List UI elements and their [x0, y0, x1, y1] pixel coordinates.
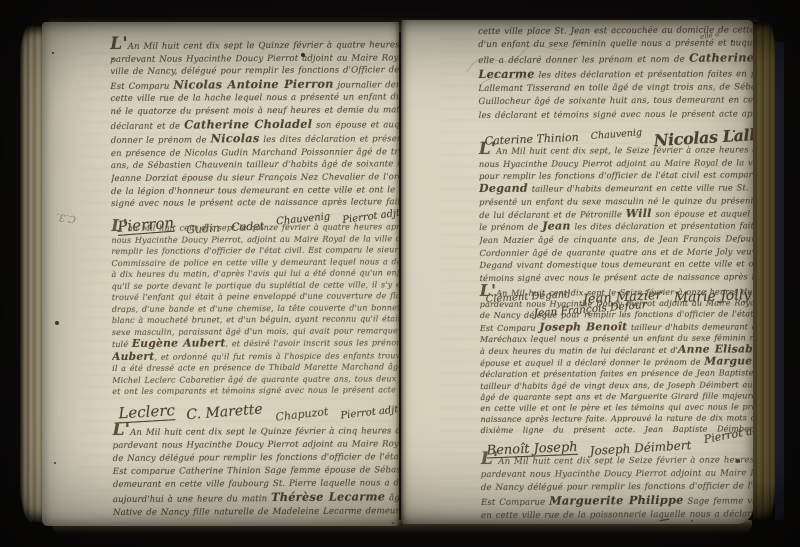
ink-specks: [52, 52, 54, 54]
manuscript-line: Est Comparue Marguerite Philippe Sage fe…: [481, 493, 753, 510]
entry-lines: L'an Mil huit cent dix sept le quinze fé…: [111, 218, 399, 397]
entry-lines: L'An Mil huit cent dix sept le Seize fév…: [480, 283, 753, 436]
entry-lines: L'An Mil huit cent dix sept le Seize fév…: [481, 451, 753, 522]
manuscript-line: Native de Nancy fille naturelle de Madel…: [113, 505, 399, 520]
manuscript-line: en cette ville rue de la poissonnerie la…: [481, 508, 753, 523]
signature: Leclerc: [118, 401, 175, 422]
entry-lines: L'An Mil huit cent dix sept le Quinze fé…: [110, 36, 399, 210]
manuscript-line: aujourd'hui à une heure du matin Thérèse…: [113, 490, 399, 507]
manuscript-line: L'An Mil huit cent dix sept le Seize fév…: [481, 451, 753, 469]
signature-row: LeclercC. MaretteChapuzotPierrot adjt: [112, 401, 399, 421]
signature: Chauvenig: [590, 127, 642, 142]
register-entry: L'an Mil huit cent dix sept le quinze fé…: [111, 218, 399, 420]
register-entry: L'An Mil huit cent dix sept le Seize fév…: [480, 283, 753, 456]
left-page-edges: [20, 26, 43, 522]
entry-lines: cette ville place St. Jean est accouchée…: [478, 24, 753, 123]
book-cover-edge: [775, 42, 784, 520]
manuscript-line: L'An Mil huit cent dix sept le Quinze fé…: [110, 36, 399, 53]
right-page: elle a cette ville place St. Jean est ac…: [401, 20, 753, 524]
entry-lines: L'An Mil huit cent dix sept, le Seize fé…: [479, 140, 753, 284]
manuscript-line: elle a déclaré donner les prénom et nom …: [478, 51, 753, 68]
entry-lines: L'An Mil huit cent dix sept le Quinze fé…: [112, 422, 399, 520]
manuscript-line: présenté un enfant du sexe masculin né l…: [479, 194, 753, 208]
book-gutter-shadow: [395, 18, 407, 526]
margin-note: C.3.: [55, 211, 76, 225]
open-register-book: C.3. L'An Mil huit cent dix sept le Quin…: [18, 12, 786, 536]
manuscript-line: Jeanne Dorziat épouse du sieur François …: [111, 171, 399, 185]
manuscript-line: L'An Mil huit cent dix sept, le Seize fé…: [479, 140, 753, 157]
manuscript-line: tulé Eugène Aubert, et désiré l'avoir in…: [112, 336, 399, 350]
left-page: C.3. L'An Mil huit cent dix sept le Quin…: [42, 22, 399, 526]
manuscript-line: les déclarant et témoins signé avec nous…: [479, 108, 753, 123]
photograph-background: C.3. L'An Mil huit cent dix sept le Quin…: [0, 0, 800, 547]
signature: Chapuzot: [275, 404, 329, 423]
end-of-page-mark: —: [658, 512, 670, 524]
register-entry: L'An Mil huit cent dix sept le Quinze fé…: [112, 422, 399, 520]
signature: C. Marette: [186, 401, 263, 423]
register-entry: L'An Mil huit cent dix sept le Seize fév…: [481, 451, 753, 522]
manuscript-line: L'An Mil huit cent dix sept le Quinze fé…: [112, 422, 399, 440]
right-page-edges: [753, 22, 775, 522]
manuscript-line: Jean Mazier âgé de cinquante ans, de Jea…: [479, 232, 753, 246]
manuscript-line: et ont les comparants et témoins signé a…: [112, 384, 399, 397]
register-entry: L'An Mil huit cent dix sept le Quinze fé…: [110, 36, 399, 233]
manuscript-line: L'an Mil huit cent dix sept le quinze fé…: [111, 218, 399, 234]
right-page-text-column: elle a cette ville place St. Jean est ac…: [478, 20, 753, 524]
register-entry-continuation: cette ville place St. Jean est accouchée…: [478, 24, 753, 147]
manuscript-line: donner le prénom de Nicolas les dites dé…: [111, 131, 399, 147]
manuscript-line: signé avec nous le présent acte de naiss…: [111, 196, 399, 210]
left-page-text-column: L'An Mil huit cent dix sept le Quinze fé…: [110, 22, 399, 526]
manuscript-line: Guillocheur âgé de soixante huit ans, to…: [478, 95, 753, 110]
signature: Pierrot adjt: [340, 404, 399, 421]
manuscript-line: témoins signé avec nous le présent acte …: [480, 270, 753, 284]
manuscript-line: Lecarme les dites déclaration et présent…: [478, 66, 753, 83]
